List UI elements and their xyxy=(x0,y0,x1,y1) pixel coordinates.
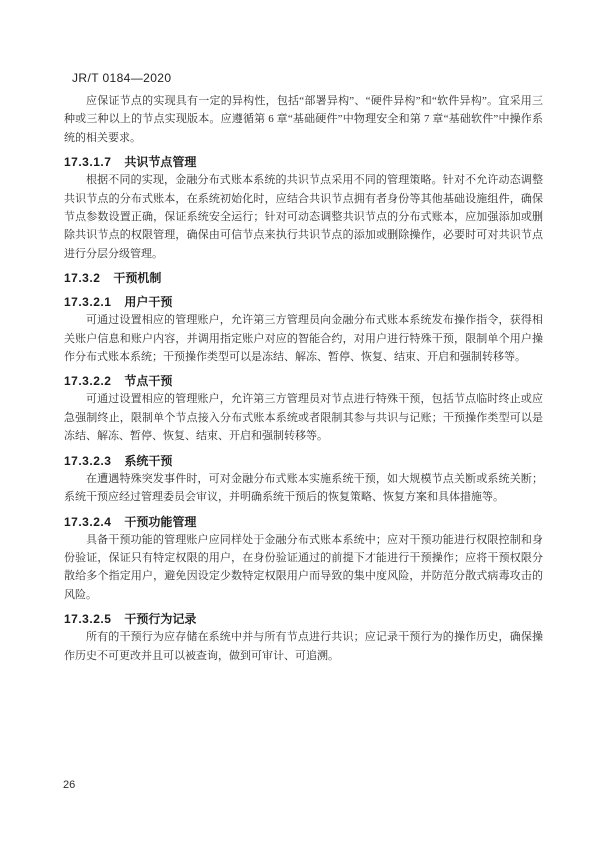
body-paragraph: 具备干预功能的管理账户应同样处于金融分布式账本系统中；应对干预功能进行权限控制和… xyxy=(64,531,543,605)
section-title: 干预行为记录 xyxy=(124,612,196,626)
document-body: 应保证节点的实现具有一定的异构性，包括“部署异构”、“硬件异构”和“软件异构”。… xyxy=(64,92,543,665)
section-heading: 17.3.1.7共识节点管理 xyxy=(64,153,543,171)
section-title: 干预功能管理 xyxy=(124,515,196,529)
section-number: 17.3.2.2 xyxy=(64,374,111,388)
section-number: 17.3.2.5 xyxy=(64,612,111,626)
body-paragraph: 应保证节点的实现具有一定的异构性，包括“部署异构”、“硬件异构”和“软件异构”。… xyxy=(64,92,543,147)
section-title: 节点干预 xyxy=(124,374,172,388)
section-title: 干预机制 xyxy=(113,271,161,285)
section-title: 系统干预 xyxy=(124,454,172,468)
section-number: 17.3.1.7 xyxy=(64,155,111,169)
section-number: 17.3.2.4 xyxy=(64,515,111,529)
section-number: 17.3.2 xyxy=(64,271,100,285)
section-heading: 17.3.2.1用户干预 xyxy=(64,293,543,311)
standard-number-header: JR/T 0184—2020 xyxy=(72,71,171,85)
section-number: 17.3.2.1 xyxy=(64,295,111,309)
section-heading: 17.3.2.2节点干预 xyxy=(64,372,543,390)
section-heading: 17.3.2.4干预功能管理 xyxy=(64,513,543,531)
body-paragraph: 在遭遇特殊突发事件时，可对金融分布式账本实施系统干预，如大规模节点关断或系统关断… xyxy=(64,470,543,507)
body-paragraph: 根据不同的实现，金融分布式账本系统的共识节点采用不同的管理策略。针对不允许动态调… xyxy=(64,171,543,263)
section-title: 用户干预 xyxy=(124,295,172,309)
body-paragraph: 可通过设置相应的管理账户，允许第三方管理员向金融分布式账本系统发布操作指令，获得… xyxy=(64,311,543,366)
section-number: 17.3.2.3 xyxy=(64,454,111,468)
section-title: 共识节点管理 xyxy=(124,155,196,169)
section-heading: 17.3.2.3系统干预 xyxy=(64,452,543,470)
page-number: 26 xyxy=(63,779,75,791)
body-paragraph: 可通过设置相应的管理账户，允许第三方管理员对节点进行特殊干预，包括节点临时终止或… xyxy=(64,390,543,445)
section-heading: 17.3.2.5干预行为记录 xyxy=(64,610,543,628)
body-paragraph: 所有的干预行为应存储在系统中并与所有节点进行共识；应记录干预行为的操作历史，确保… xyxy=(64,628,543,665)
document-page: JR/T 0184—2020 应保证节点的实现具有一定的异构性，包括“部署异构”… xyxy=(0,0,600,849)
section-heading: 17.3.2干预机制 xyxy=(64,269,543,287)
